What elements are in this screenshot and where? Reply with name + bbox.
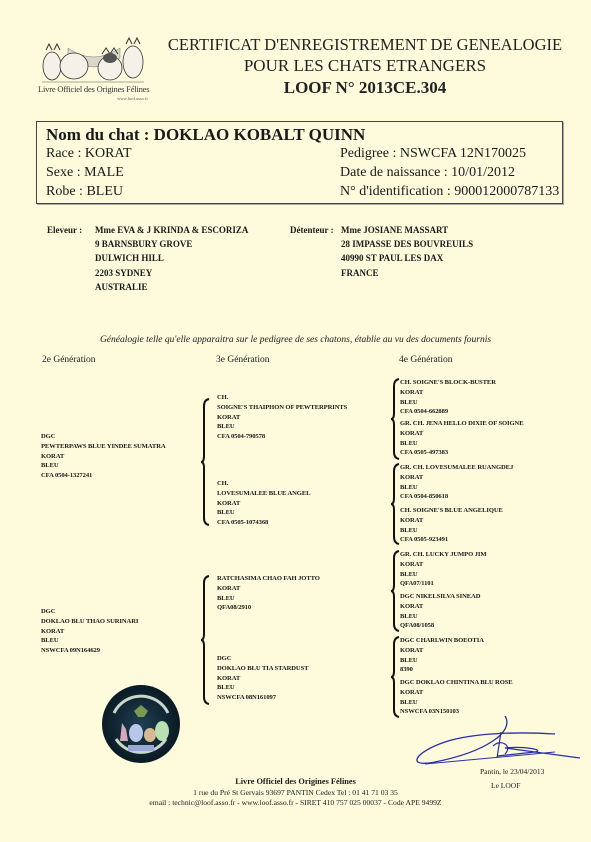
ancestor-line: LOVESUMALEE BLUE ANGEL (217, 489, 310, 499)
cat-coat: Robe : BLEU (46, 184, 123, 200)
ancestor-line: BLEU (41, 636, 138, 646)
owner-line: FRANCE (341, 266, 473, 280)
breeder-line: Mme EVA & J KRINDA & ESCORIZA (95, 223, 248, 237)
breeder-line: DULWICH HILL (95, 251, 248, 265)
ancestor-line: DGC (41, 432, 166, 442)
footer-contact: email : technic@loof.asso.fr - www.loof.… (0, 798, 591, 807)
ancestor-line: QFA08/2910 (217, 603, 320, 613)
ancestor-line: GR. CH. JENA HELLO DIXIE OF SOIGNE (400, 419, 524, 429)
certificate-number: LOOF N° 2013CE.304 (150, 78, 580, 98)
signature (405, 712, 590, 772)
certificate-subtitle: POUR LES CHATS ETRANGERS (150, 56, 580, 76)
ancestor-line: BLEU (217, 422, 347, 432)
ancestor-line: BLEU (400, 656, 484, 666)
cats-illustration-icon (38, 36, 148, 84)
signature-place-date: Pantin, le 23/04/2013 (480, 767, 544, 776)
breeder-line: 9 BARNSBURY GROVE (95, 237, 248, 251)
ancestor-line: DGC CHARLWIN BOEOTIA (400, 636, 484, 646)
owner-line: Mme JOSIANE MASSART (341, 223, 473, 237)
ancestor-line: DOKLAO BLU TIA STARDUST (217, 664, 308, 674)
ancestor-entry: DGC NIKELSILVA SINEADKORATBLEUQFA08/1058 (400, 592, 480, 631)
ancestor-line: KORAT (217, 674, 308, 684)
footer-org: Livre Officiel des Origines Félines (0, 777, 591, 786)
ancestor-line: KORAT (400, 560, 486, 570)
ancestor-line: KORAT (400, 429, 524, 439)
ancestor-line: KORAT (400, 646, 484, 656)
genealogy-caption: Généalogie telle qu'elle apparaitra sur … (0, 335, 591, 345)
bracket-icon (390, 463, 400, 545)
ancestor-line: KORAT (217, 584, 320, 594)
ancestor-line: BLEU (400, 398, 496, 408)
cat-info-box: Nom du chat : DOKLAO KOBALT QUINN Race :… (36, 121, 563, 204)
gen4-header: 4e Génération (399, 355, 453, 365)
ancestor-line: KORAT (217, 413, 347, 423)
ancestor-line: CFA 0505-497383 (400, 448, 524, 458)
logo-url: www.loof.asso.fr (38, 96, 148, 101)
cat-name: Nom du chat : DOKLAO KOBALT QUINN (46, 125, 365, 145)
ancestor-entry: GR. CH. JENA HELLO DIXIE OF SOIGNEKORATB… (400, 419, 524, 458)
ancestor-line: KORAT (41, 452, 166, 462)
ancestor-line: KORAT (400, 473, 513, 483)
ancestor-line: NSWCFA 08N161097 (217, 693, 308, 703)
ancestor-line: KORAT (41, 627, 138, 637)
ancestor-line: 8390 (400, 665, 484, 675)
ancestor-line: SOIGNE'S THAIPHON OF PEWTERPRINTS (217, 403, 347, 413)
cat-race: Race : KORAT (46, 146, 132, 162)
ancestor-line: BLEU (400, 526, 503, 536)
bracket-icon (390, 550, 400, 632)
ancestor-entry: RATCHASIMA CHAO FAH JOTTOKORATBLEUQFA08/… (217, 574, 320, 613)
owner-line: 28 IMPASSE DES BOUVREUILS (341, 237, 473, 251)
breeder-line: 2203 SYDNEY (95, 266, 248, 280)
footer-address: 1 rue du Pré St Gervais 93697 PANTIN Ced… (0, 788, 591, 797)
cat-identification: N° d'identification : 900012000787133 (340, 184, 559, 200)
ancestor-line: BLEU (217, 508, 310, 518)
ancestor-line: CFA 0504-662889 (400, 407, 496, 417)
ancestor-line: DGC DOKLAO CHINTINA BLU ROSE (400, 678, 513, 688)
seal-icon (100, 683, 182, 765)
gen3-header: 3e Génération (216, 355, 270, 365)
ancestor-line: BLEU (217, 594, 320, 604)
ancestor-line: CFA 0504-790578 (217, 432, 347, 442)
owner-label: Détenteur : (290, 223, 334, 237)
ancestor-line: CH. SOIGNE'S BLOCK-BUSTER (400, 378, 496, 388)
ancestor-line: CFA 0505-923491 (400, 535, 503, 545)
ancestor-entry: CH. SOIGNE'S BLOCK-BUSTERKORATBLEUCFA 05… (400, 378, 496, 417)
ancestor-entry: CH. SOIGNE'S BLUE ANGELIQUEKORATBLEUCFA … (400, 506, 503, 545)
ancestor-line: CFA 0504-1327241 (41, 471, 166, 481)
ancestor-line: BLEU (41, 461, 166, 471)
bracket-icon (390, 636, 400, 718)
ancestor-line: KORAT (400, 602, 480, 612)
ancestor-line: CFA 0504-850618 (400, 492, 513, 502)
ancestor-line: CH. (217, 479, 310, 489)
ancestor-line: GR. CH. LUCKY JUMPO JIM (400, 550, 486, 560)
hologram-seal (100, 683, 182, 765)
cat-birth-date: Date de naissance : 10/01/2012 (340, 165, 515, 181)
ancestor-line: BLEU (400, 570, 486, 580)
ancestor-line: KORAT (400, 516, 503, 526)
ancestor-line: DGC NIKELSILVA SINEAD (400, 592, 480, 602)
ancestor-entry: GR. CH. LUCKY JUMPO JIMKORATBLEUQFA07/11… (400, 550, 486, 589)
logo-text: Livre Officiel des Origines Félines (38, 84, 148, 94)
breeder-line: AUSTRALIE (95, 280, 248, 294)
ancestor-line: KORAT (400, 688, 513, 698)
ancestor-entry: DGCPEWTERPAWS BLUE YINDEE SUMATRAKORATBL… (41, 432, 166, 481)
ancestor-line: GR. CH. LOVESUMALEE RUANGDEJ (400, 463, 513, 473)
ancestor-line: DGC (217, 654, 308, 664)
ancestor-line: QFA08/1058 (400, 621, 480, 631)
ancestor-line: KORAT (400, 388, 496, 398)
ancestor-entry: CH.LOVESUMALEE BLUE ANGELKORATBLEUCFA 05… (217, 479, 310, 528)
owner-line: 40990 ST PAUL LES DAX (341, 251, 473, 265)
breeder-label: Eleveur : (47, 223, 82, 237)
ancestor-line: BLEU (400, 698, 513, 708)
ancestor-line: CH. (217, 393, 347, 403)
ancestor-entry: DGCDOKLAO BLU THAO SURINARIKORATBLEUNSWC… (41, 607, 138, 656)
ancestor-entry: DGC CHARLWIN BOEOTIAKORATBLEU8390 (400, 636, 484, 675)
cat-pedigree: Pedigree : NSWCFA 12N170025 (340, 146, 526, 162)
bracket-icon (390, 378, 400, 460)
ancestor-line: QFA07/1101 (400, 579, 486, 589)
ancestor-line: KORAT (217, 499, 310, 509)
ancestor-line: RATCHASIMA CHAO FAH JOTTO (217, 574, 320, 584)
gen2-header: 2e Génération (42, 355, 96, 365)
certificate-title: CERTIFICAT D'ENREGISTREMENT DE GENEALOGI… (150, 35, 580, 55)
ancestor-line: DOKLAO BLU THAO SURINARI (41, 617, 138, 627)
ancestor-line: BLEU (400, 439, 524, 449)
loof-logo: Livre Officiel des Origines Félines www.… (38, 36, 148, 106)
ancestor-entry: DGCDOKLAO BLU TIA STARDUSTKORATBLEUNSWCF… (217, 654, 308, 703)
cat-sex: Sexe : MALE (46, 165, 124, 181)
ancestor-line: BLEU (217, 683, 308, 693)
signature-scribble-icon (405, 712, 590, 772)
ancestor-line: CFA 0505-1074368 (217, 518, 310, 528)
ancestor-line: CH. SOIGNE'S BLUE ANGELIQUE (400, 506, 503, 516)
ancestor-line: PEWTERPAWS BLUE YINDEE SUMATRA (41, 442, 166, 452)
ancestor-line: NSWCFA 09N164629 (41, 646, 138, 656)
bracket-icon (200, 575, 210, 705)
ancestor-entry: CH.SOIGNE'S THAIPHON OF PEWTERPRINTSKORA… (217, 393, 347, 442)
bracket-icon (200, 398, 210, 526)
ancestor-entry: GR. CH. LOVESUMALEE RUANGDEJKORATBLEUCFA… (400, 463, 513, 502)
ancestor-line: BLEU (400, 612, 480, 622)
ancestor-line: BLEU (400, 483, 513, 493)
ancestor-line: DGC (41, 607, 138, 617)
